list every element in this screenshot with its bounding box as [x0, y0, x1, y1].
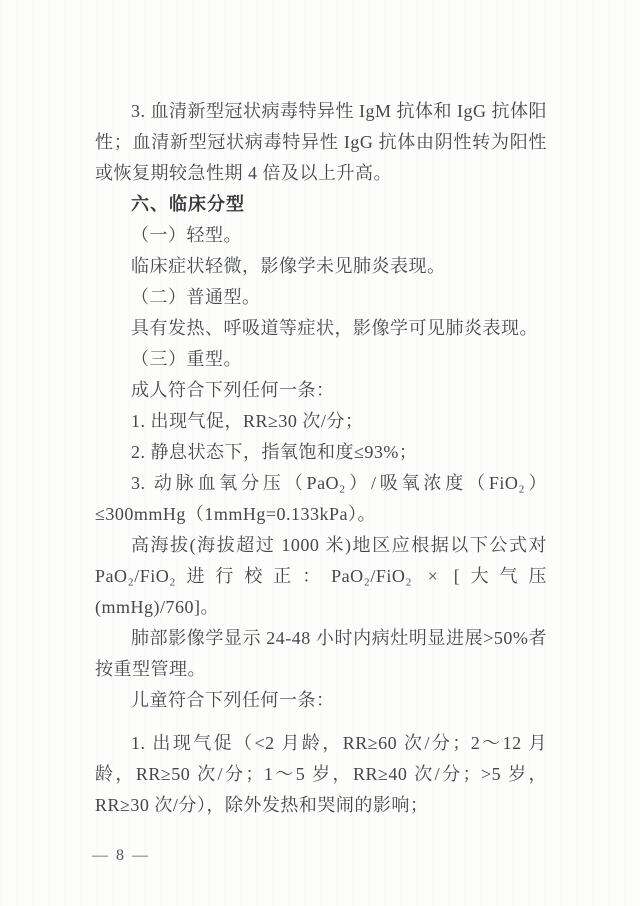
paragraph: 1. 出现气促，RR≥30 次/分；	[95, 406, 547, 437]
paragraph: （二）普通型。	[95, 282, 547, 313]
paragraph: 具有发热、呼吸道等症状，影像学可见肺炎表现。	[95, 313, 547, 344]
document-page: 3. 血清新型冠状病毒特异性 IgM 抗体和 IgG 抗体阳性；血清新型冠状病毒…	[0, 0, 640, 906]
page-number: — 8 —	[92, 847, 150, 865]
paragraph: （三）重型。	[95, 344, 547, 375]
page-body: 3. 血清新型冠状病毒特异性 IgM 抗体和 IgG 抗体阳性；血清新型冠状病毒…	[95, 96, 547, 821]
paragraph: 成人符合下列任何一条：	[95, 375, 547, 406]
paragraph: 儿童符合下列任何一条：	[95, 685, 547, 716]
paragraph: 高海拔(海拔超过 1000 米)地区应根据以下公式对 PaO₂/FiO₂进行校正…	[95, 530, 547, 623]
paragraph: 2. 静息状态下，指氧饱和度≤93%；	[95, 437, 547, 468]
paragraph: （一）轻型。	[95, 220, 547, 251]
paragraph: 临床症状轻微，影像学未见肺炎表现。	[95, 251, 547, 282]
paragraph: 3. 动脉血氧分压（PaO₂）/吸氧浓度（FiO₂）≤300mmHg（1mmHg…	[95, 468, 547, 530]
paragraph: 肺部影像学显示 24-48 小时内病灶明显进展>50%者按重型管理。	[95, 623, 547, 685]
paragraph: 1. 出现气促（<2 月龄，RR≥60 次/分；2～12 月龄，RR≥50 次/…	[95, 728, 547, 821]
section-heading: 六、临床分型	[95, 189, 547, 220]
paragraph: 3. 血清新型冠状病毒特异性 IgM 抗体和 IgG 抗体阳性；血清新型冠状病毒…	[95, 96, 547, 189]
